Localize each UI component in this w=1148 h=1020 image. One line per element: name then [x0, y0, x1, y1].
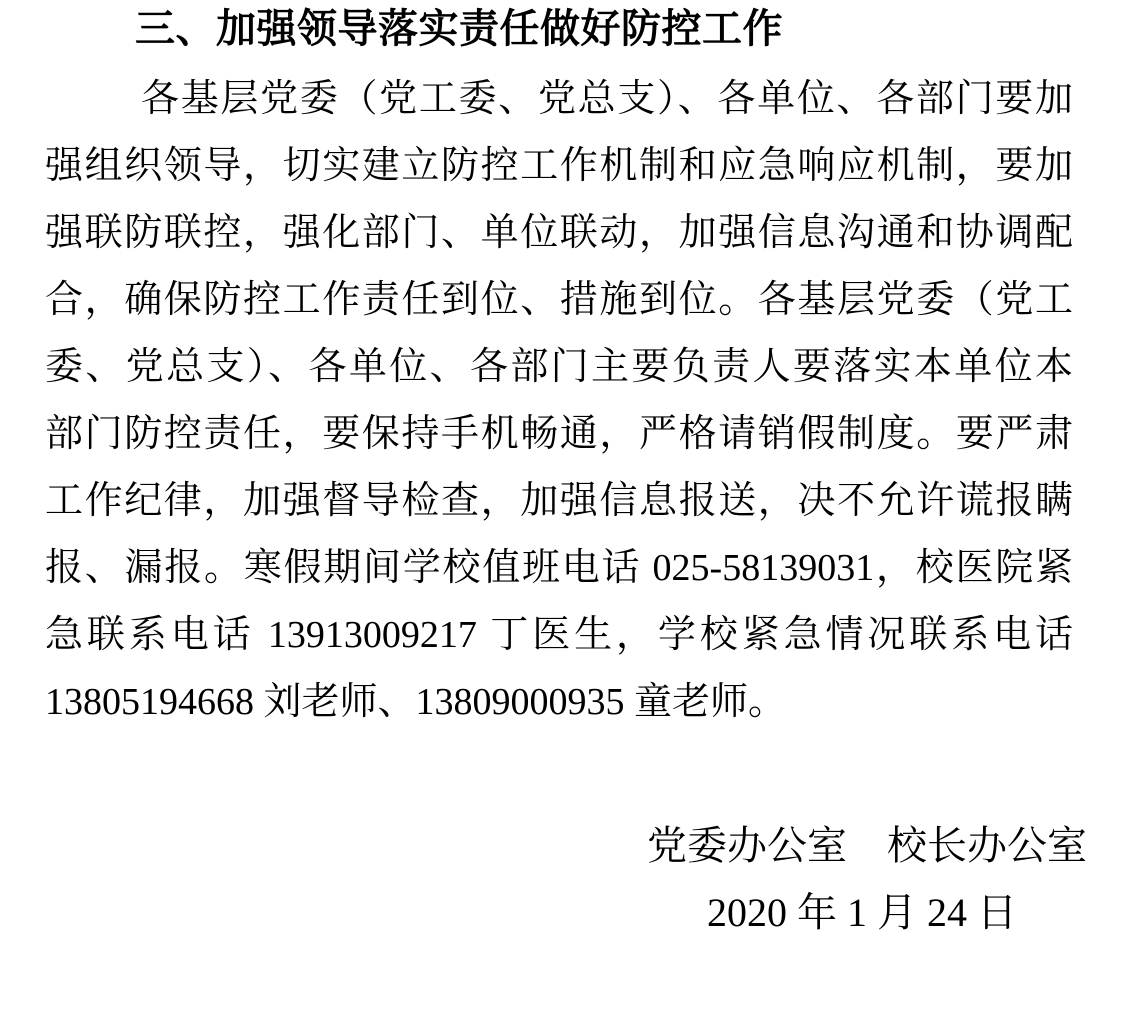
paragraph-line: 工作纪律，加强督导检查，加强信息报送，决不允许谎报瞒	[45, 468, 1073, 535]
document-date: 2020 年 1 月 24 日	[45, 879, 1017, 946]
paragraph-line: 13805194668 刘老师、13809000935 童老师。	[45, 669, 1073, 736]
paragraph-line: 部门防控责任，要保持手机畅通，严格请销假制度。要严肃	[45, 401, 1073, 468]
section-heading: 三、加强领导落实责任做好防控工作	[45, 3, 1073, 55]
document-page: 三、加强领导落实责任做好防控工作 各基层党委（党工委、党总支）、各单位、各部门要…	[0, 0, 1148, 1020]
paragraph-line: 急联系电话 13913009217 丁医生，学校紧急情况联系电话	[45, 602, 1073, 669]
body-paragraph: 各基层党委（党工委、党总支）、各单位、各部门要加 强组织领导，切实建立防控工作机…	[45, 66, 1073, 736]
signature-offices: 党委办公室 校长办公室	[45, 812, 1087, 879]
paragraph-line: 合，确保防控工作责任到位、措施到位。各基层党委（党工	[45, 267, 1073, 334]
paragraph-line: 委、党总支）、各单位、各部门主要负责人要落实本单位本	[45, 334, 1073, 401]
paragraph-line: 强联防联控，强化部门、单位联动，加强信息沟通和协调配	[45, 200, 1073, 267]
paragraph-line: 强组织领导，切实建立防控工作机制和应急响应机制，要加	[45, 133, 1073, 200]
paragraph-line: 各基层党委（党工委、党总支）、各单位、各部门要加	[45, 66, 1073, 133]
paragraph-line: 报、漏报。寒假期间学校值班电话 025-58139031，校医院紧	[45, 535, 1073, 602]
